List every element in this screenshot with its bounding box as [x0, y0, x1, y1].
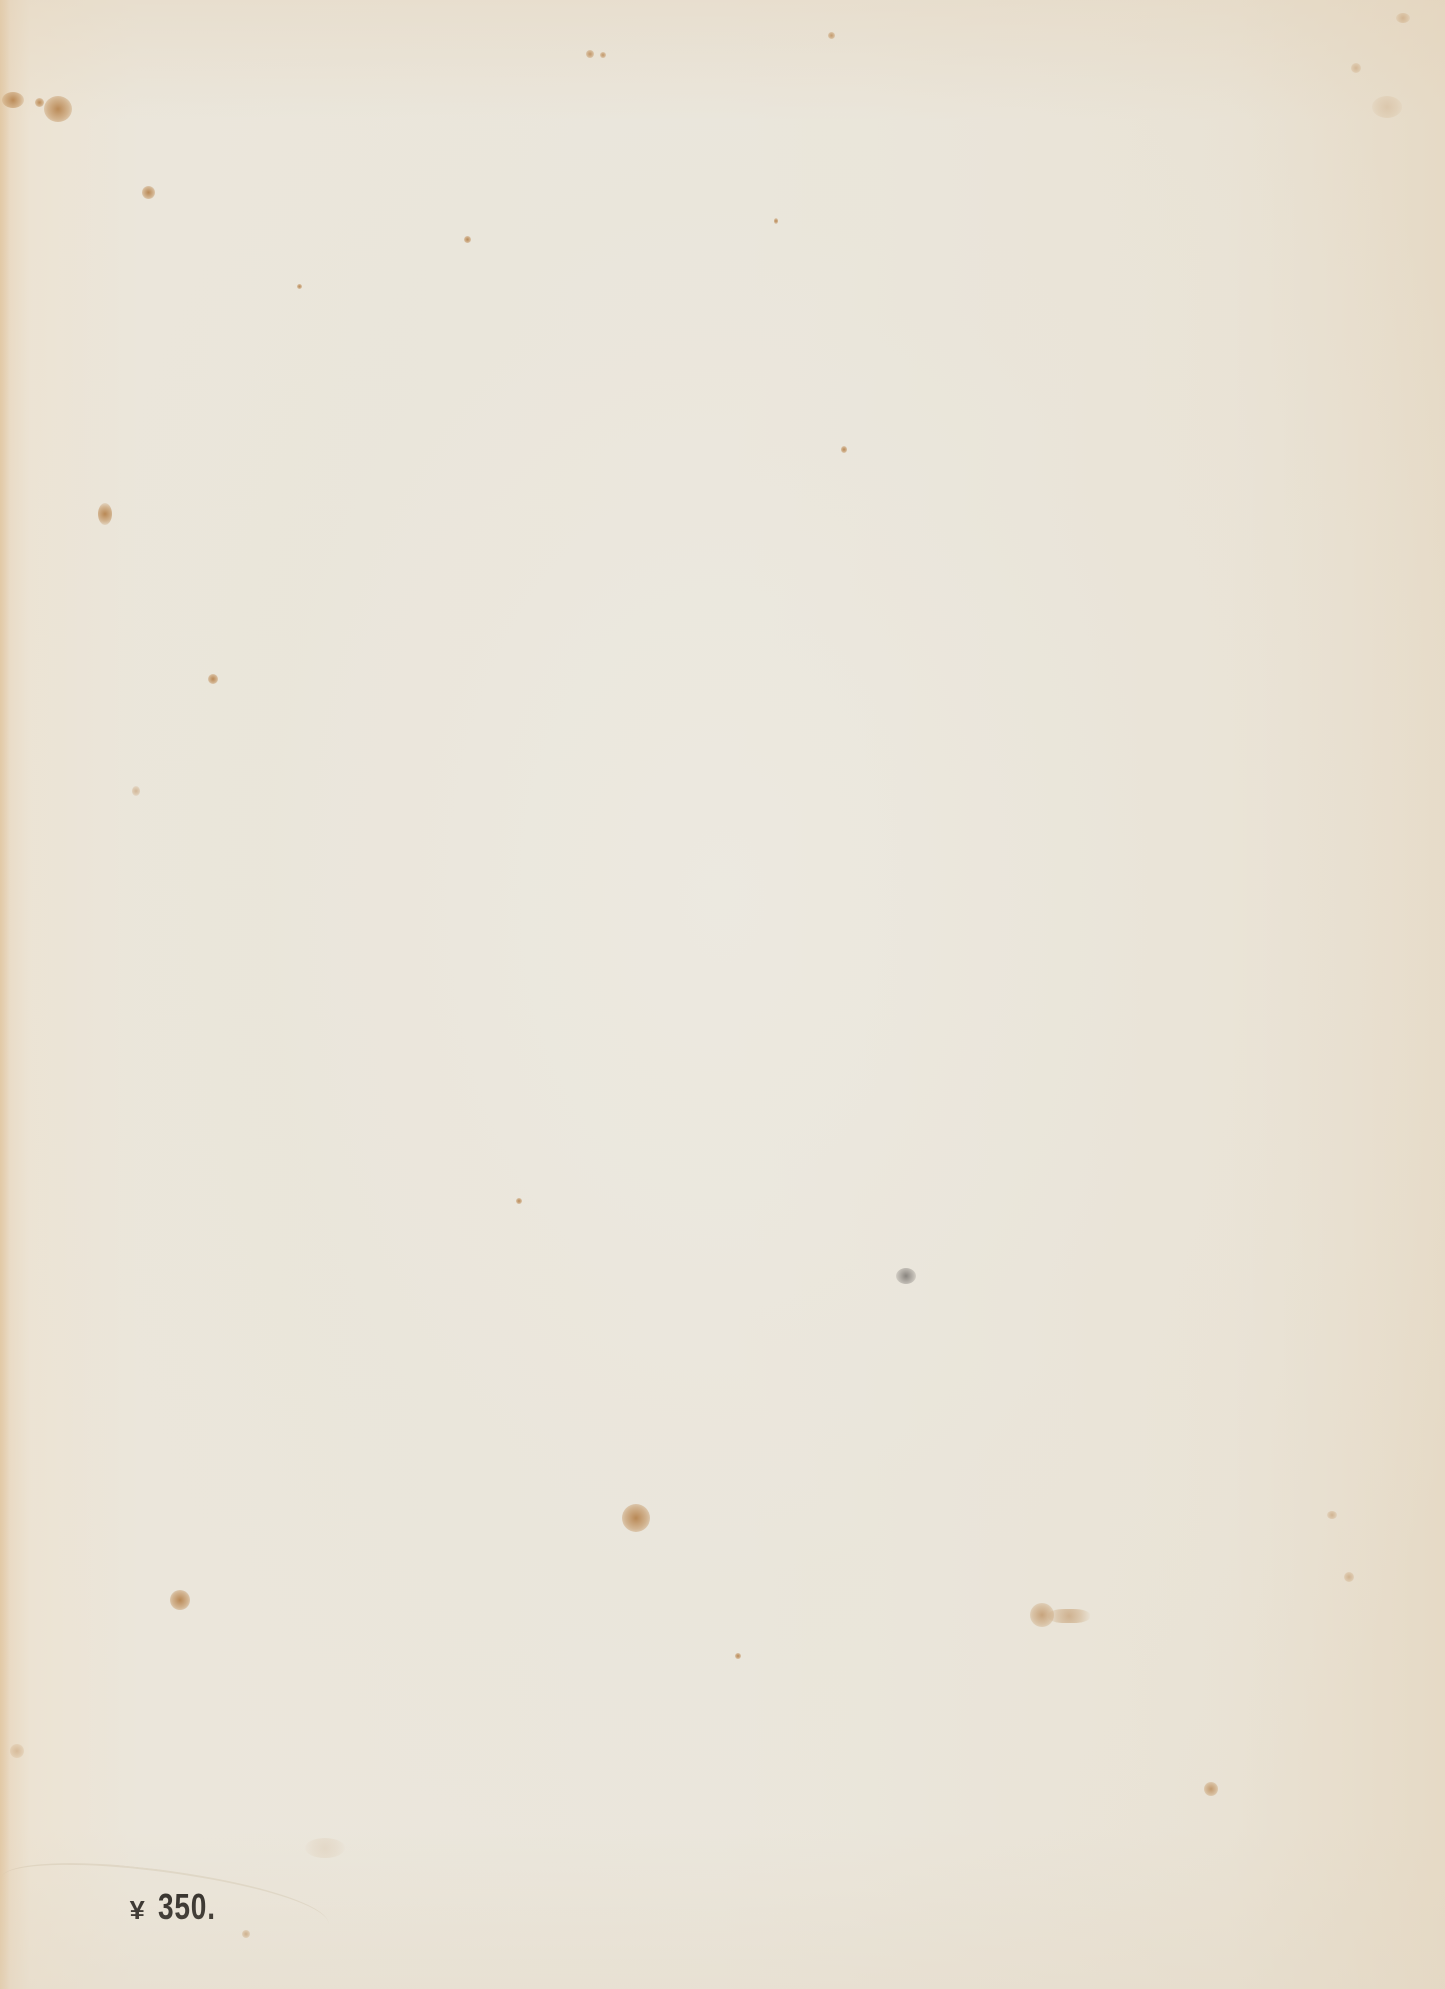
stain-spot [44, 96, 72, 122]
stain-spot [297, 284, 302, 289]
stain-spot [98, 503, 112, 525]
stain-spot [170, 1590, 190, 1610]
price-amount: 350. [158, 1886, 216, 1928]
stain-spot [1048, 1609, 1090, 1623]
stain-spot [142, 186, 155, 199]
stain-spot [1396, 13, 1410, 23]
stain-spot [841, 446, 847, 453]
stain-spot [586, 50, 594, 58]
stain-spot [2, 92, 24, 108]
spine-edge [0, 0, 10, 1989]
stain-spot [464, 236, 471, 243]
stain-spot [600, 52, 606, 58]
stain-spot [305, 1838, 345, 1858]
price-label: ¥ 350. [130, 1886, 233, 1928]
stain-spot [774, 218, 778, 224]
stain-spot [1204, 1782, 1218, 1796]
stain-spot [1372, 96, 1402, 118]
stain-spot [828, 32, 835, 39]
stain-spot [132, 786, 140, 796]
stain-spot [1351, 63, 1361, 73]
stain-spot [208, 674, 218, 684]
stain-spot [622, 1504, 650, 1532]
stain-spot [516, 1198, 522, 1204]
stain-spot [35, 98, 44, 107]
stain-spot [735, 1653, 741, 1659]
stain-spot [896, 1268, 916, 1284]
yen-symbol: ¥ [130, 1895, 145, 1926]
stain-spot [1344, 1572, 1354, 1582]
stain-spot [1327, 1511, 1337, 1519]
stain-spot [10, 1744, 24, 1758]
back-cover-page: ¥ 350. [0, 0, 1445, 1989]
